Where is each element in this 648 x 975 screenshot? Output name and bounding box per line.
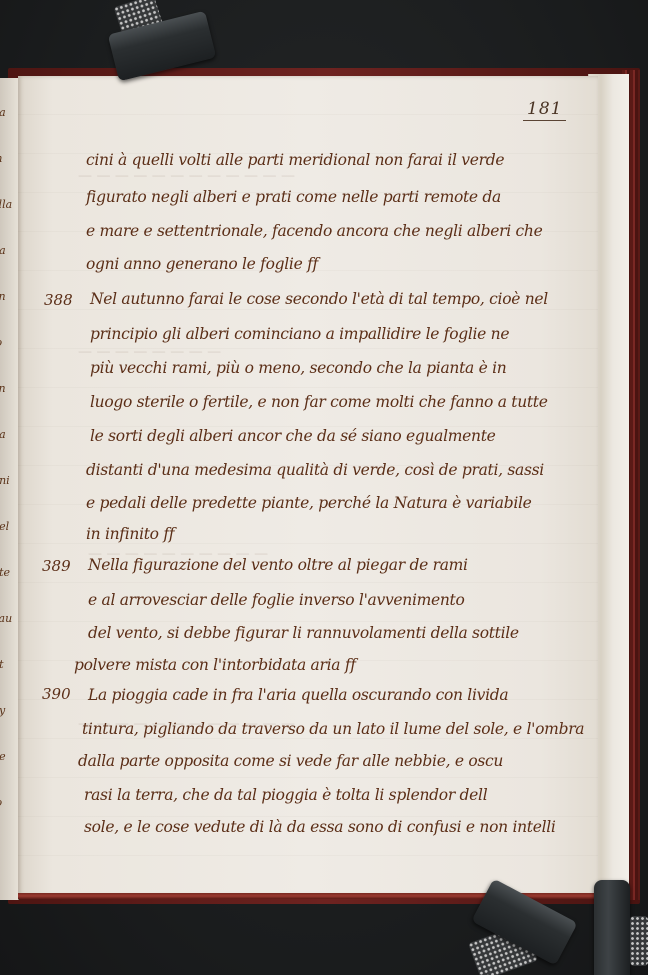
- manuscript-line: tintura, pigliando da traverso da un lat…: [82, 720, 584, 738]
- adjacent-page-text-fragment: an: [0, 290, 6, 303]
- folio-number: 181: [523, 99, 566, 121]
- adjacent-left-page: uamallauaanloanuauninelntel'auntilyuelou: [0, 78, 19, 900]
- adjacent-page-text-fragment: m: [0, 152, 2, 165]
- clip-chain: [630, 916, 648, 966]
- manuscript-line: rasi la terra, che da tal pioggia è tolt…: [84, 786, 487, 804]
- manuscript-line: distanti d'una medesima qualità di verde…: [86, 461, 544, 479]
- adjacent-page-text-fragment: l'au: [0, 612, 12, 625]
- manuscript-line: cini à quelli volti alle parti meridiona…: [86, 151, 504, 169]
- manuscript-line: Nella figurazione del vento oltre al pie…: [88, 556, 468, 574]
- adjacent-page-text-fragment: lo: [0, 796, 2, 809]
- paragraph-number: 388: [44, 291, 73, 309]
- manuscript-line: figurato negli alberi e prati come nelle…: [86, 188, 501, 206]
- manuscript-line: e pedali delle predette piante, perché l…: [86, 494, 532, 512]
- clip-weight: [594, 880, 630, 975]
- manuscript-line: dalla parte opposita come si vede far al…: [78, 752, 503, 770]
- adjacent-page-text-fragment: nte: [0, 566, 10, 579]
- manuscript-line: e al arrovesciar delle foglie inverso l'…: [88, 591, 465, 609]
- manuscript-line: e mare e settentrionale, facendo ancora …: [86, 222, 542, 240]
- manuscript-line: luogo sterile o fertile, e non far come …: [90, 393, 548, 411]
- manuscript-line: in infinito ff: [86, 525, 174, 543]
- adjacent-page-text-fragment: nt: [0, 658, 4, 671]
- manuscript-line: le sorti degli alberi ancor che da sé si…: [90, 427, 496, 445]
- manuscript-line: Nel autunno farai le cose secondo l'età …: [90, 290, 548, 308]
- book-clip-icon: [590, 880, 648, 975]
- adjacent-page-text-fragment: alla: [0, 198, 12, 211]
- adjacent-page-text-fragment: ua: [0, 428, 6, 441]
- book-clip-icon: [465, 892, 575, 975]
- adjacent-page-text-fragment: nel: [0, 520, 9, 533]
- manuscript-line: polvere mista con l'intorbidata aria ff: [74, 656, 356, 674]
- manuscript-line: più vecchi rami, più o meno, secondo che…: [90, 359, 506, 377]
- adjacent-page-text-fragment: lo: [0, 336, 2, 349]
- paragraph-number: 390: [42, 685, 71, 703]
- adjacent-page-text-fragment: ua: [0, 244, 6, 257]
- adjacent-page-text-fragment: uni: [0, 474, 10, 487]
- paragraph-number: 389: [42, 557, 71, 575]
- manuscript-line: principio gli alberi cominciano a impall…: [90, 325, 509, 343]
- manuscript-line: del vento, si debbe figurar li rannuvola…: [88, 624, 519, 642]
- manuscript-line: La pioggia cade in fra l'aria quella osc…: [88, 686, 508, 704]
- adjacent-page-text-fragment: ily: [0, 704, 5, 717]
- manuscript-line: ogni anno generano le foglie ff: [86, 255, 318, 273]
- adjacent-page-text-fragment: ua: [0, 106, 6, 119]
- adjacent-page-text-fragment: ue: [0, 750, 6, 763]
- book-clip-icon: [100, 0, 220, 85]
- adjacent-page-text-fragment: an: [0, 382, 6, 395]
- manuscript-line: sole, e le cose vedute di là da essa son…: [84, 818, 556, 836]
